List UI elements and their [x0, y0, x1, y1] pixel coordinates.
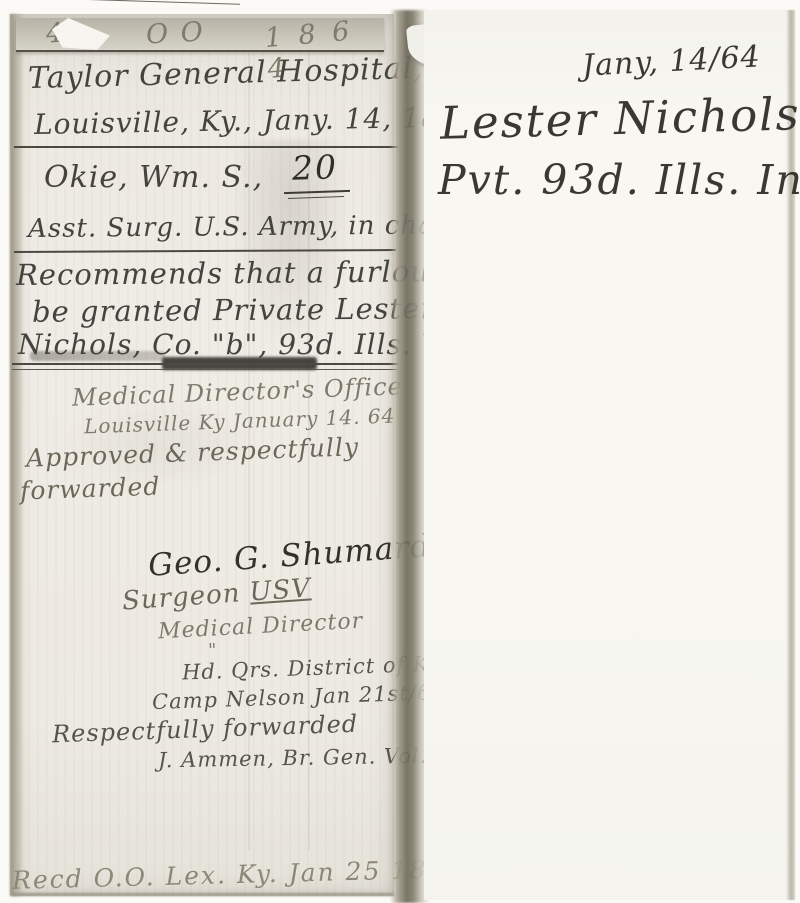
- page-bottom-edge: [12, 893, 394, 896]
- signature-ammen: J. Ammen, Br. Gen. Vol.: [158, 744, 428, 773]
- signature-title-abbr: USV: [249, 573, 312, 607]
- horizontal-rule: [14, 146, 398, 148]
- cover-soldier-unit: Pvt. 93d. Ills. Inf.: [438, 156, 800, 204]
- cover-soldier-name: Lester Nichols: [439, 87, 800, 149]
- scanned-document: 4 O O 1 8 6 4 Taylor General Hospital, L…: [0, 0, 800, 903]
- surgeon-name: Okie, Wm. S.,: [44, 160, 263, 195]
- endorsement-action-line2: forwarded: [20, 472, 161, 506]
- horizontal-rule: [12, 363, 398, 365]
- right-page-edge: [786, 10, 795, 900]
- ditto-mark: ": [208, 640, 217, 661]
- bottom-rule: [0, 0, 240, 5]
- docket-number: 20: [291, 147, 338, 188]
- recommendation-line2: be granted Private Lester: [32, 291, 436, 329]
- docket-office-initials: O O: [145, 16, 205, 50]
- horizontal-rule: [12, 369, 398, 370]
